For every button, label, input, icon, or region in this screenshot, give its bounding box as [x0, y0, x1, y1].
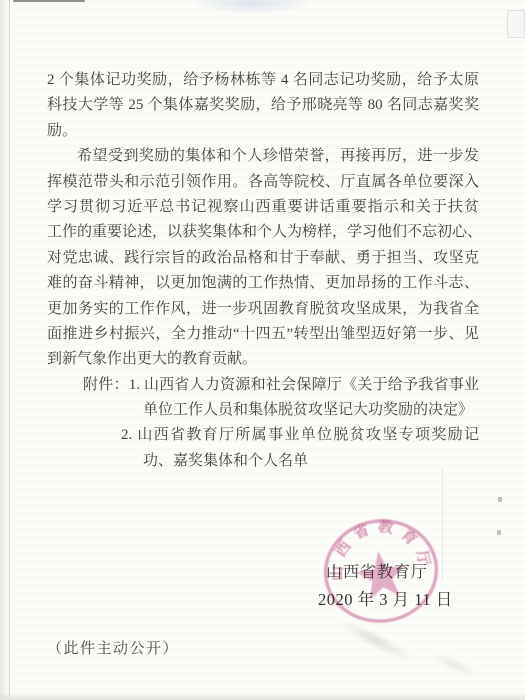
body-line: 希望受到奖励的集体和个人珍惜荣誉，再接再厉，进一步发 [47, 144, 479, 169]
disclosure-note: （此件主动公开） [47, 637, 179, 658]
body-line: 面推进乡村振兴，全力推动“十四五”转型出雏型迈好第一步、见 [47, 322, 479, 347]
scan-artifact [497, 530, 501, 535]
body-line: 挥模范带头和示范引领作用。各高等院校、厅直属各单位要深入 [47, 170, 479, 195]
signature-date: 2020 年 3 月 11 日 [318, 586, 453, 610]
scan-artifact [13, 0, 85, 2]
body-line: 难的奋斗精神，以更加饱满的工作热情、更加昂扬的工作斗志、 [47, 271, 479, 296]
body-line: 对党忠诚、践行宗旨的政治品格和甘于奉献、勇于担当、攻坚克 [47, 246, 479, 271]
body-line: 更加务实的工作作风，进一步巩固教育脱贫攻坚成果，为我省全 [47, 297, 479, 322]
scan-artifact [507, 10, 525, 38]
body-line: 工作的重要论述，以获奖集体和个人为榜样，学习他们不忘初心、 [47, 220, 479, 245]
body-line: 学习贯彻习近平总书记视察山西重要讲话重要指示和关于扶贫 [47, 195, 479, 220]
body-line: 2 个集体记功奖励，给予杨林栋等 4 名同志记功奖励，给予太原 [47, 68, 479, 93]
attachment-line: 单位工作人员和集体脱贫攻坚记大功奖励的决定》 [47, 398, 479, 423]
signature-organization: 山西省教育厅 [326, 559, 428, 582]
body-line: 励。 [47, 119, 479, 144]
page-bottom-edge [0, 692, 525, 700]
scan-artifact [429, 651, 482, 680]
document-body: 2 个集体记功奖励，给予杨林栋等 4 名同志记功奖励，给予太原 科技大学等 25… [47, 68, 479, 474]
body-line: 到新气象作出更大的教育贡献。 [47, 347, 479, 372]
scan-artifact [192, 0, 312, 14]
attachment-line: 功、嘉奖集体和个人名单 [47, 449, 479, 474]
document-page: 2 个集体记功奖励，给予杨林栋等 4 名同志记功奖励，给予太原 科技大学等 25… [0, 0, 525, 700]
attachment-line: 2. 山西省教育厅所属事业单位脱贫攻坚专项奖励记 [47, 423, 479, 448]
body-line: 科技大学等 25 个集体嘉奖奖励，给予邢晓亮等 80 名同志嘉奖奖 [47, 93, 479, 118]
scan-artifact [442, 468, 443, 580]
page-left-edge [0, 0, 10, 700]
scan-artifact [335, 617, 417, 665]
scan-artifact [498, 497, 502, 502]
attachment-line: 附件：1. 山西省人力资源和社会保障厅《关于给予我省事业 [47, 373, 479, 398]
